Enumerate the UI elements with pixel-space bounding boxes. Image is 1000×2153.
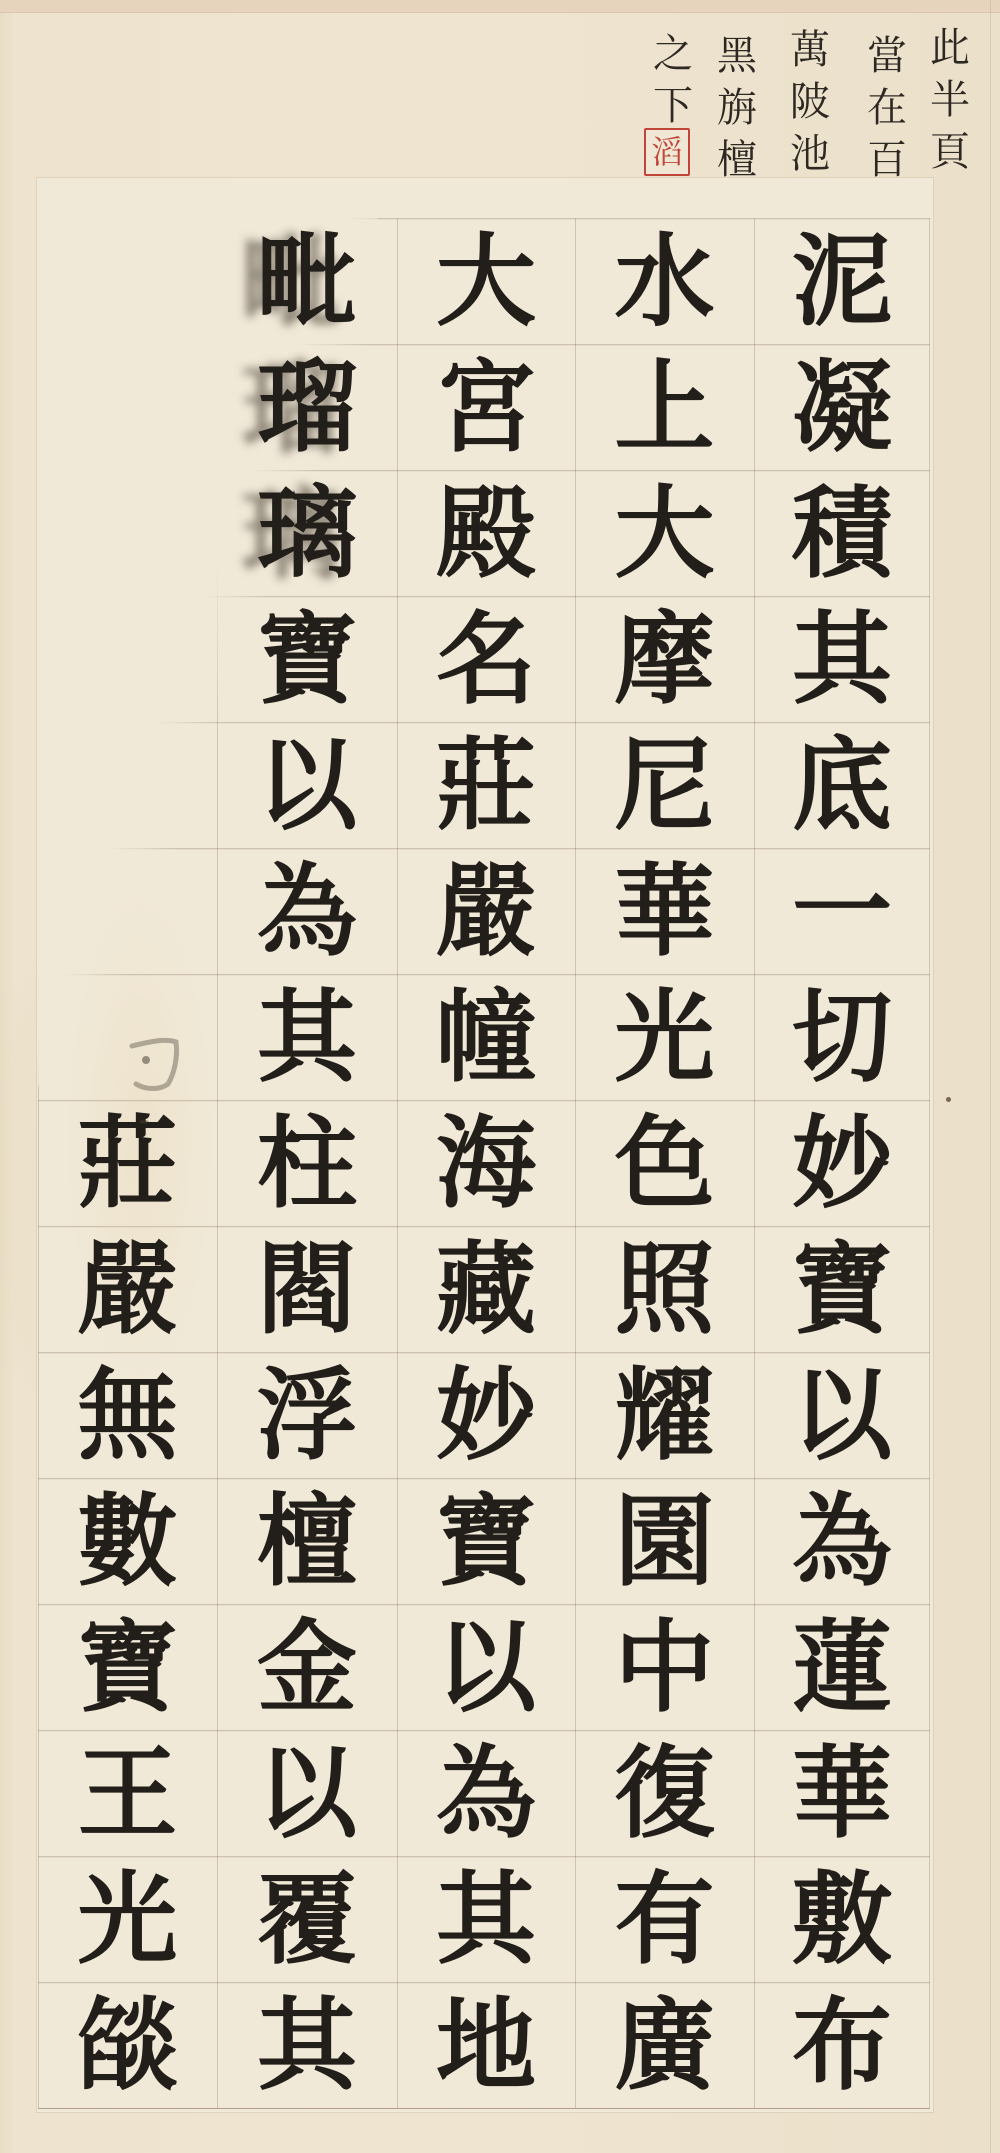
character: 以 <box>397 1604 575 1730</box>
empty-cell <box>38 596 217 722</box>
character: 以 <box>754 1352 930 1478</box>
empty-cell <box>38 218 217 344</box>
character: 其 <box>217 974 397 1100</box>
character: 廣 <box>575 1982 754 2108</box>
character: 宮 <box>397 344 575 470</box>
manuscript-page: 泥 凝 積 其 底 一 切 妙 寶 以 為 蓮 華 敷 布 水 上 大 摩 尼 … <box>0 0 1000 2153</box>
smudged-character: 璃 <box>217 470 397 596</box>
text-column-1: 泥 凝 積 其 底 一 切 妙 寶 以 為 蓮 華 敷 布 <box>754 218 930 2108</box>
empty-cell <box>38 344 217 470</box>
character: 殿 <box>397 470 575 596</box>
character: 為 <box>397 1730 575 1856</box>
annotation-character: 半 <box>920 74 980 126</box>
character: 切 <box>754 974 930 1100</box>
character: 嚴 <box>38 1226 217 1352</box>
character: 中 <box>575 1604 754 1730</box>
annotation-character: 陂 <box>780 76 840 128</box>
character: 寶 <box>217 596 397 722</box>
character: 尼 <box>575 722 754 848</box>
character: 燄 <box>38 1982 217 2108</box>
character: 名 <box>397 596 575 722</box>
smudged-character: 毗 <box>217 218 397 344</box>
character: 其 <box>217 1982 397 2108</box>
character: 上 <box>575 344 754 470</box>
character: 復 <box>575 1730 754 1856</box>
character: 布 <box>754 1982 930 2108</box>
character: 凝 <box>754 344 930 470</box>
character: 華 <box>575 848 754 974</box>
annotation-character: 萬 <box>780 24 840 76</box>
annotation-column-1: 此 半 頁 <box>920 22 980 178</box>
character: 閻 <box>217 1226 397 1352</box>
character: 妙 <box>754 1100 930 1226</box>
character: 底 <box>754 722 930 848</box>
character: 光 <box>38 1856 217 1982</box>
character: 有 <box>575 1856 754 1982</box>
character: 金 <box>217 1604 397 1730</box>
character: 照 <box>575 1226 754 1352</box>
annotation-character: 之 <box>643 28 703 80</box>
character: 大 <box>575 470 754 596</box>
character: 泥 <box>754 218 930 344</box>
annotation-character: 百 <box>857 134 917 186</box>
character: 浮 <box>217 1352 397 1478</box>
smudged-character: 瑠 <box>217 344 397 470</box>
character: 為 <box>217 848 397 974</box>
character: 幢 <box>397 974 575 1100</box>
character: 妙 <box>397 1352 575 1478</box>
empty-cell <box>38 722 217 848</box>
character: 水 <box>575 218 754 344</box>
character: 光 <box>575 974 754 1100</box>
character: 王 <box>38 1730 217 1856</box>
annotation-character: 此 <box>920 22 980 74</box>
character: 摩 <box>575 596 754 722</box>
character: 耀 <box>575 1352 754 1478</box>
character: 以 <box>217 722 397 848</box>
annotation-column-3: 萬 陂 池 <box>780 24 840 180</box>
annotation-character: 旃 <box>707 82 767 134</box>
annotation-character: 檀 <box>707 134 767 186</box>
empty-cell <box>38 848 217 974</box>
text-column-5: 莊 嚴 無 數 寶 王 光 燄 <box>38 218 217 2108</box>
character: 色 <box>575 1100 754 1226</box>
character: 海 <box>397 1100 575 1226</box>
character: 嚴 <box>397 848 575 974</box>
character: 華 <box>754 1730 930 1856</box>
character: 藏 <box>397 1226 575 1352</box>
character: 檀 <box>217 1478 397 1604</box>
character: 園 <box>575 1478 754 1604</box>
faded-ink-mark <box>118 1032 188 1132</box>
empty-cell <box>38 470 217 596</box>
ink-speck <box>140 1120 145 1123</box>
character: 無 <box>38 1352 217 1478</box>
character: 蓮 <box>754 1604 930 1730</box>
character: 大 <box>397 218 575 344</box>
character: 柱 <box>217 1100 397 1226</box>
character: 積 <box>754 470 930 596</box>
annotation-column-2: 當 在 百 <box>857 30 917 186</box>
annotation-column-4: 黑 旃 檀 <box>707 30 767 186</box>
right-margin-rule <box>990 0 991 2153</box>
text-column-2: 水 上 大 摩 尼 華 光 色 照 耀 園 中 復 有 廣 <box>575 218 754 2108</box>
annotation-character: 在 <box>857 82 917 134</box>
character: 地 <box>397 1982 575 2108</box>
character: 寶 <box>754 1226 930 1352</box>
character: 覆 <box>217 1856 397 1982</box>
character: 寶 <box>397 1478 575 1604</box>
top-edge-strip <box>0 0 1000 13</box>
annotation-character: 當 <box>857 30 917 82</box>
text-column-3: 大 宮 殿 名 莊 嚴 幢 海 藏 妙 寶 以 為 其 地 <box>397 218 575 2108</box>
character: 其 <box>397 1856 575 1982</box>
character: 寶 <box>38 1604 217 1730</box>
annotation-character: 下 <box>643 80 703 132</box>
annotation-column-5: 之 下 <box>643 28 703 132</box>
annotation-character: 池 <box>780 128 840 180</box>
character: 莊 <box>397 722 575 848</box>
character: 為 <box>754 1478 930 1604</box>
annotation-character: 頁 <box>920 126 980 178</box>
text-column-4: 毗 瑠 璃 寶 以 為 其 柱 閻 浮 檀 金 以 覆 其 <box>217 218 397 2108</box>
ink-speck <box>946 1097 951 1102</box>
character: 一 <box>754 848 930 974</box>
red-seal: 滔 <box>644 128 690 176</box>
character: 其 <box>754 596 930 722</box>
annotation-character: 黑 <box>707 30 767 82</box>
character: 敷 <box>754 1856 930 1982</box>
character: 以 <box>217 1730 397 1856</box>
character: 數 <box>38 1478 217 1604</box>
